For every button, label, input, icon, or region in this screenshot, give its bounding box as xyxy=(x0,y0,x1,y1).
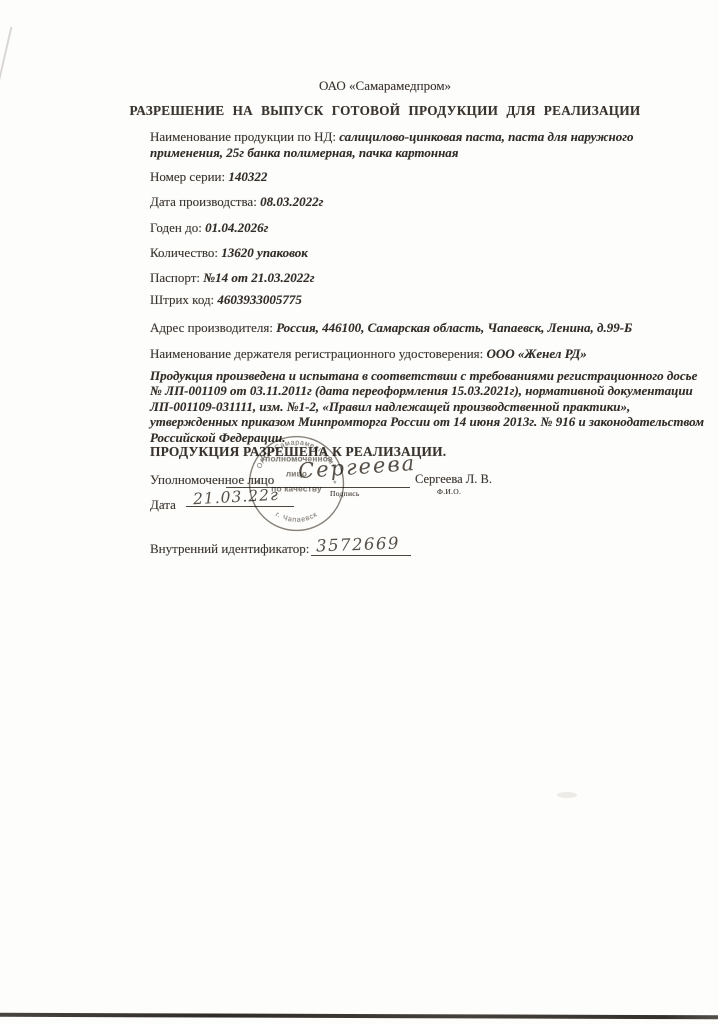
field-label: Наименование держателя регистрационного … xyxy=(150,346,483,361)
stamp-star-right: * xyxy=(333,480,337,489)
date-label: Дата xyxy=(150,497,176,513)
field-value: 08.03.2022г xyxy=(260,194,323,209)
field-production-date: Дата производства: 08.03.2022г xyxy=(150,194,710,210)
field-value: 4603933005775 xyxy=(217,292,302,307)
stamp-center-line-1: Уполномоченное xyxy=(260,454,333,463)
field-value: 140322 xyxy=(228,169,267,184)
compliance-paragraph: Продукция произведена и испытана в соотв… xyxy=(150,368,708,445)
stamp-center-line-3: по качеству xyxy=(271,485,322,494)
stamp-star-left: * xyxy=(257,480,261,489)
quality-stamp: ОАО «Самарамедпром» г. Чапаевск * * Упол… xyxy=(246,433,347,534)
field-product-name: Наименование продукции по НД: салицилово… xyxy=(150,129,642,161)
stamp-center-line-2: лицо xyxy=(286,469,307,478)
field-passport: Паспорт: №14 от 21.03.2022г xyxy=(150,270,710,286)
field-value: Россия, 446100, Самарская область, Чапае… xyxy=(276,320,632,335)
field-label: Наименование продукции по НД: xyxy=(150,129,336,144)
field-label: Адрес производителя: xyxy=(150,320,273,335)
field-label: Номер серии: xyxy=(150,169,225,184)
document-title: РАЗРЕШЕНИЕ НА ВЫПУСК ГОТОВОЙ ПРОДУКЦИИ Д… xyxy=(110,103,660,119)
field-label: Годен до: xyxy=(150,220,202,235)
field-value: 01.04.2026г xyxy=(205,220,268,235)
scanned-release-document: ОАО «Самарамедпром» РАЗРЕШЕНИЕ НА ВЫПУСК… xyxy=(0,0,718,1024)
field-label: Штрих код: xyxy=(150,292,214,307)
field-label: Количество: xyxy=(150,245,218,260)
field-registration-holder: Наименование держателя регистрационного … xyxy=(150,346,716,362)
stamp-arc-bottom-text: г. Чапаевск xyxy=(274,511,319,524)
field-value: №14 от 21.03.2022г xyxy=(203,270,314,285)
field-value: ООО «Женел РД» xyxy=(487,346,587,361)
internal-id-label: Внутренний идентификатор: xyxy=(150,541,309,557)
field-batch-number: Номер серии: 140322 xyxy=(150,169,710,185)
field-barcode: Штрих код: 4603933005775 xyxy=(150,292,710,308)
field-manufacturer-address: Адрес производителя: Россия, 446100, Сам… xyxy=(150,320,716,336)
field-value: 13620 упаковок xyxy=(221,245,308,260)
field-label: Дата производства: xyxy=(150,194,257,209)
scan-corner-artifact xyxy=(0,27,12,92)
release-statement: ПРОДУКЦИЯ РАЗРЕШЕНА К РЕАЛИЗАЦИИ. xyxy=(150,444,710,460)
stamp-ring xyxy=(250,437,344,531)
handwritten-internal-id: 3572669 xyxy=(316,534,401,556)
field-quantity: Количество: 13620 упаковок xyxy=(150,245,710,261)
org-name: ОАО «Самарамедпром» xyxy=(150,78,620,94)
scan-smudge-artifact xyxy=(557,792,577,798)
scan-edge-band xyxy=(0,1013,718,1020)
field-label: Паспорт: xyxy=(150,270,200,285)
name-caption: Ф.И.О. xyxy=(437,487,461,496)
field-expiry-date: Годен до: 01.04.2026г xyxy=(150,220,710,236)
authorized-person-name: Сергеева Л. В. xyxy=(415,471,492,487)
